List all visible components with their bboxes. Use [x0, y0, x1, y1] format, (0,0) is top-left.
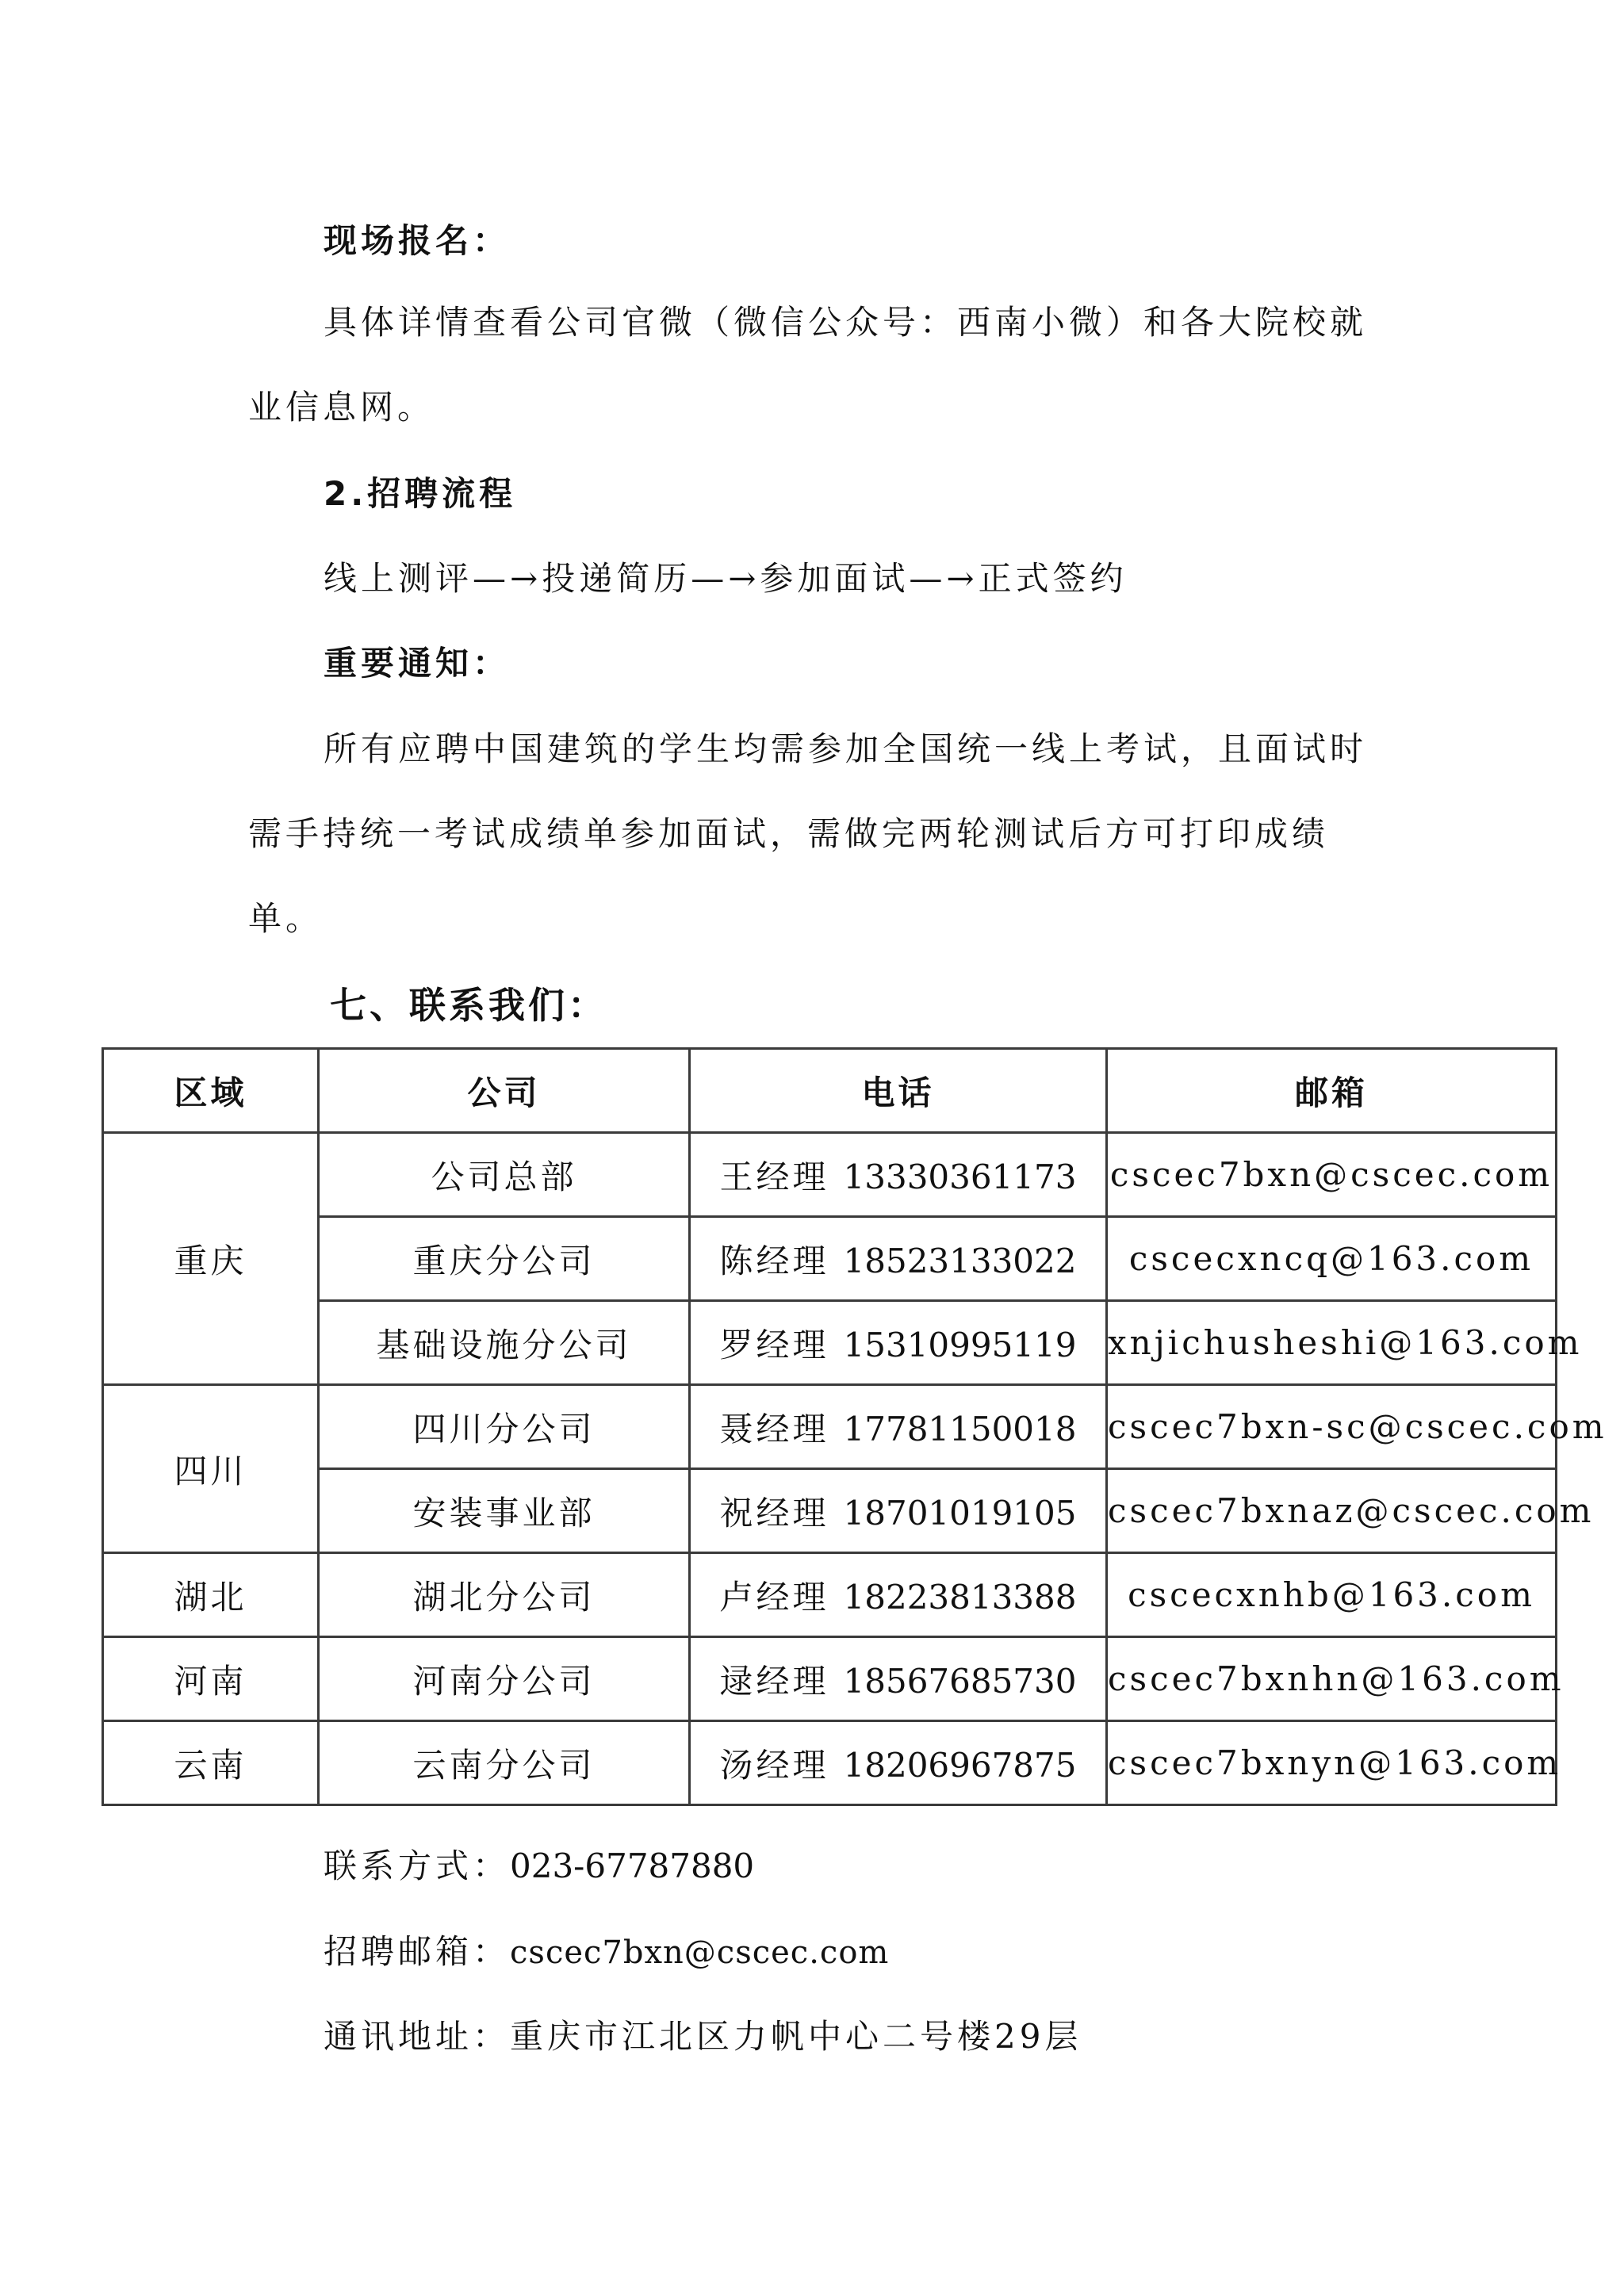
company-cell: 重庆分公司	[319, 1217, 690, 1301]
manager-name: 汤经理	[720, 1746, 829, 1785]
email-cell: xnjichusheshi@163.com	[1107, 1301, 1557, 1385]
contact-table: 区域 公司 电话 邮箱 重庆 公司总部 王经理13330361173 cscec…	[101, 1047, 1557, 1806]
phone-number: 18206967875	[844, 1746, 1077, 1785]
phone-number: 15310995119	[844, 1326, 1077, 1364]
email-cell: cscec7bxnaz@cscec.com	[1107, 1469, 1557, 1553]
email-cell: cscecxnhb@163.com	[1107, 1553, 1557, 1637]
phone-cell: 罗经理15310995119	[690, 1301, 1107, 1385]
contact-phone-value: 023-67787880	[510, 1846, 754, 1885]
header-company: 公司	[319, 1049, 690, 1133]
phone-number: 17781150018	[844, 1410, 1077, 1448]
mailing-address-line: 通讯地址：重庆市江北区力帆中心二号楼29层	[324, 1994, 1082, 2080]
phone-number: 18223813388	[844, 1578, 1077, 1617]
region-cell: 河南	[103, 1637, 319, 1721]
region-cell: 云南	[103, 1721, 319, 1805]
manager-name: 陈经理	[720, 1242, 829, 1280]
company-cell: 云南分公司	[319, 1721, 690, 1805]
manager-name: 聂经理	[720, 1410, 829, 1448]
email-cell: cscec7bxn-sc@cscec.com	[1107, 1385, 1557, 1469]
email-cell: cscec7bxnyn@163.com	[1107, 1721, 1557, 1805]
important-notice-text-line2: 需手持统一考试成绩单参加面试，需做完两轮测试后方可打印成绩	[248, 791, 1329, 877]
phone-cell: 祝经理18701019105	[690, 1469, 1107, 1553]
manager-name: 王经理	[720, 1158, 829, 1196]
company-cell: 公司总部	[319, 1133, 690, 1217]
email-cell: cscecxncq@163.com	[1107, 1217, 1557, 1301]
important-notice-text-line1: 所有应聘中国建筑的学生均需参加全国统一线上考试，且面试时	[324, 706, 1367, 792]
region-cell: 湖北	[103, 1553, 319, 1637]
phone-cell: 陈经理18523133022	[690, 1217, 1107, 1301]
important-notice-heading: 重要通知：	[324, 621, 510, 706]
phone-number: 18701019105	[844, 1494, 1077, 1533]
important-notice-text-line3: 单。	[248, 876, 323, 962]
table-row: 四川 四川分公司 聂经理17781150018 cscec7bxn-sc@csc…	[103, 1385, 1557, 1469]
manager-name: 卢经理	[720, 1578, 829, 1617]
company-cell: 基础设施分公司	[319, 1301, 690, 1385]
manager-name: 逯经理	[720, 1662, 829, 1701]
recruitment-process-heading: 2.招聘流程	[324, 451, 516, 537]
table-header-row: 区域 公司 电话 邮箱	[103, 1049, 1557, 1133]
company-cell: 湖北分公司	[319, 1553, 690, 1637]
recruitment-process-flow: 线上测评—→投递简历—→参加面试—→正式签约	[324, 536, 1128, 622]
email-cell: cscec7bxnhn@163.com	[1107, 1637, 1557, 1721]
table-row: 湖北 湖北分公司 卢经理18223813388 cscecxnhb@163.co…	[103, 1553, 1557, 1637]
region-cell: 重庆	[103, 1133, 319, 1385]
phone-cell: 逯经理18567685730	[690, 1637, 1107, 1721]
company-cell: 安装事业部	[319, 1469, 690, 1553]
recruitment-email-value: cscec7bxn@cscec.com	[510, 1934, 889, 1971]
region-cell: 四川	[103, 1385, 319, 1553]
phone-cell: 聂经理17781150018	[690, 1385, 1107, 1469]
company-cell: 河南分公司	[319, 1637, 690, 1721]
header-email: 邮箱	[1107, 1049, 1557, 1133]
table-row: 河南 河南分公司 逯经理18567685730 cscec7bxnhn@163.…	[103, 1637, 1557, 1721]
recruitment-email-label: 招聘邮箱：	[324, 1932, 510, 1971]
phone-cell: 卢经理18223813388	[690, 1553, 1107, 1637]
phone-number: 18567685730	[844, 1662, 1077, 1701]
onsite-registration-text-line1: 具体详情查看公司官微（微信公众号：西南小微）和各大院校就	[324, 280, 1367, 365]
header-phone: 电话	[690, 1049, 1107, 1133]
contact-phone-line: 联系方式：023-67787880	[324, 1823, 754, 1909]
contact-us-heading: 七、联系我们：	[330, 962, 607, 1048]
email-cell: cscec7bxn@cscec.com	[1107, 1133, 1557, 1217]
onsite-registration-heading: 现场报名：	[324, 198, 510, 284]
phone-number: 18523133022	[844, 1242, 1077, 1280]
mailing-address-label: 通讯地址：	[324, 2017, 510, 2056]
table-row: 基础设施分公司 罗经理15310995119 xnjichusheshi@163…	[103, 1301, 1557, 1385]
phone-cell: 汤经理18206967875	[690, 1721, 1107, 1805]
manager-name: 祝经理	[720, 1494, 829, 1533]
phone-number: 13330361173	[844, 1158, 1077, 1196]
recruitment-email-line: 招聘邮箱：cscec7bxn@cscec.com	[324, 1909, 889, 1995]
phone-cell: 王经理13330361173	[690, 1133, 1107, 1217]
company-cell: 四川分公司	[319, 1385, 690, 1469]
table-row: 重庆分公司 陈经理18523133022 cscecxncq@163.com	[103, 1217, 1557, 1301]
table-row: 重庆 公司总部 王经理13330361173 cscec7bxn@cscec.c…	[103, 1133, 1557, 1217]
contact-phone-label: 联系方式：	[324, 1846, 510, 1885]
table-row: 云南 云南分公司 汤经理18206967875 cscec7bxnyn@163.…	[103, 1721, 1557, 1805]
mailing-address-value: 重庆市江北区力帆中心二号楼29层	[510, 2017, 1082, 2056]
table-row: 安装事业部 祝经理18701019105 cscec7bxnaz@cscec.c…	[103, 1469, 1557, 1553]
onsite-registration-text-line2: 业信息网。	[248, 365, 435, 450]
header-region: 区域	[103, 1049, 319, 1133]
manager-name: 罗经理	[720, 1326, 829, 1364]
